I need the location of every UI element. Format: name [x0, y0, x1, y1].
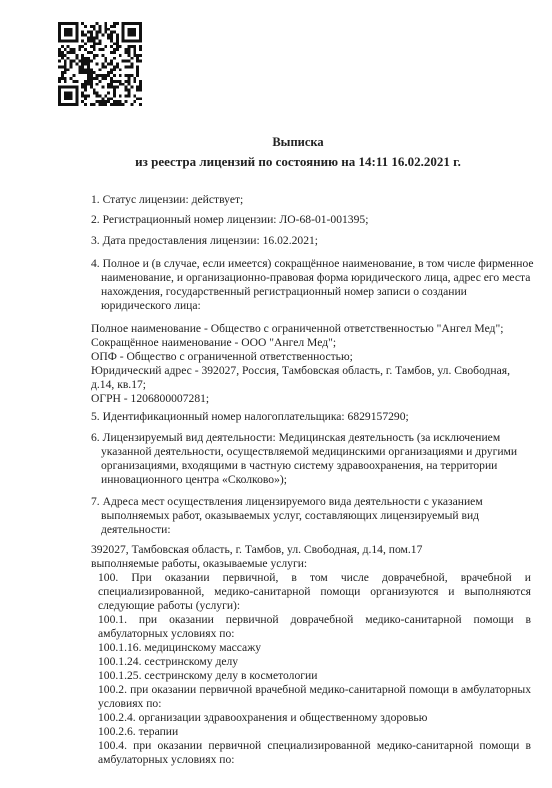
service-100-2-4: 100.2.4. организации здравоохранения и о…: [98, 711, 531, 725]
addresses-heading: 7. Адреса мест осуществления лицензируем…: [91, 495, 521, 537]
org-legal-address-cont: д.14, кв.17;: [91, 378, 536, 392]
license-date: 3. Дата предоставления лицензии: 16.02.2…: [91, 234, 531, 248]
org-opf: ОПФ - Общество с ограниченной ответствен…: [91, 350, 536, 364]
works-label: выполняемые работы, оказываемые услуги:: [91, 557, 536, 571]
document-title: Выписка: [22, 135, 552, 149]
license-status: 1. Статус лицензии: действует;: [91, 193, 531, 207]
organization-details: Полное наименование - Общество с огранич…: [91, 322, 536, 406]
service-100-1-16: 100.1.16. медицинскому массажу: [98, 641, 531, 655]
licensed-activity: 6. Лицензируемый вид деятельности: Медиц…: [91, 431, 536, 487]
inn: 5. Идентификационный номер налогоплатель…: [91, 410, 531, 424]
service-100-1-25: 100.1.25. сестринскому делу в косметолог…: [98, 669, 531, 683]
service-100-2-6: 100.2.6. терапии: [98, 725, 531, 739]
licensed-activity-text: 6. Лицензируемый вид деятельности: Медиц…: [91, 431, 536, 487]
org-ogrn: ОГРН - 1206800007281;: [91, 392, 536, 406]
addresses-heading-text: 7. Адреса мест осуществления лицензируем…: [91, 495, 521, 537]
service-100-1-24: 100.1.24. сестринскому делу: [98, 655, 531, 669]
org-legal-address: Юридический адрес - 392027, Россия, Тамб…: [91, 364, 536, 378]
license-reg-number: 2. Регистрационный номер лицензии: ЛО-68…: [91, 213, 531, 227]
services-list: 100. При оказании первичной, в том числе…: [98, 571, 531, 767]
document-subtitle: из реестра лицензий по состоянию на 14:1…: [22, 155, 552, 169]
org-name-heading-text: 4. Полное и (в случае, если имеется) сок…: [91, 257, 536, 313]
location-block: 392027, Тамбовская область, г. Тамбов, у…: [91, 543, 536, 571]
org-name-heading: 4. Полное и (в случае, если имеется) сок…: [91, 257, 536, 313]
qr-code-icon: [58, 19, 142, 109]
service-100-2: 100.2. при оказании первичной врачебной …: [98, 683, 531, 711]
service-100-4: 100.4. при оказании первичной специализи…: [98, 739, 531, 767]
org-short-name: Сокращённое наименование - ООО "Ангел Ме…: [91, 336, 536, 350]
service-100-1: 100.1. при оказании первичной доврачебно…: [98, 613, 531, 641]
location-address: 392027, Тамбовская область, г. Тамбов, у…: [91, 543, 536, 557]
service-100: 100. При оказании первичной, в том числе…: [98, 571, 531, 613]
org-full-name: Полное наименование - Общество с огранич…: [91, 322, 536, 336]
